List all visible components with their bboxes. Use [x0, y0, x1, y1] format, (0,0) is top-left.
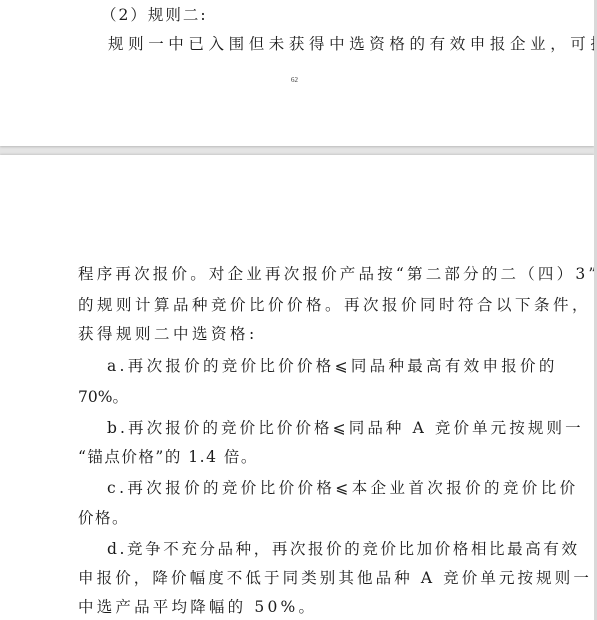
page-number: 62 [291, 76, 298, 84]
document-page-62: （2）规则二: 规则一中已入围但未获得中选资格的有效申报企业，可按 62 [0, 0, 594, 146]
paragraph-line: 的规则计算品种竞价比价价格。再次报价同时符合以下条件， [78, 295, 591, 315]
condition-c-line: c.再次报价的竞价比价价格⩽本企业首次报价的竞价比价 [107, 478, 579, 498]
condition-b-line: “锚点价格”的 1.4 倍。 [78, 447, 258, 467]
paragraph-line: 程序再次报价。对企业再次报价产品按“第二部分的二（四）3” [78, 264, 597, 284]
condition-c-line: 价格。 [78, 508, 129, 528]
condition-d-line: 中选产品平均降幅的 50%。 [78, 597, 317, 617]
paragraph-line: 规则一中已入围但未获得中选资格的有效申报企业，可按 [108, 34, 597, 54]
subsection-heading: （2）规则二: [101, 5, 208, 25]
paragraph-line: 获得规则二中选资格: [78, 324, 258, 344]
condition-d-line: d.竞争不充分品种，再次报价的竞价比加价格相比最高有效 [107, 539, 580, 559]
condition-d-line: 申报价，降价幅度不低于同类别其他品种 A 竞价单元按规则一 [78, 568, 592, 588]
condition-b-line: b.再次报价的竞价比价价格⩽同品种 A 竞价单元按规则一 [107, 418, 584, 438]
document-page-63: 程序再次报价。对企业再次报价产品按“第二部分的二（四）3” 的规则计算品种竞价比… [0, 155, 594, 620]
condition-a-line: 70%。 [78, 387, 128, 407]
condition-a-line: a.再次报价的竞价比价价格⩽同品种最高有效申报价的 [107, 356, 558, 376]
